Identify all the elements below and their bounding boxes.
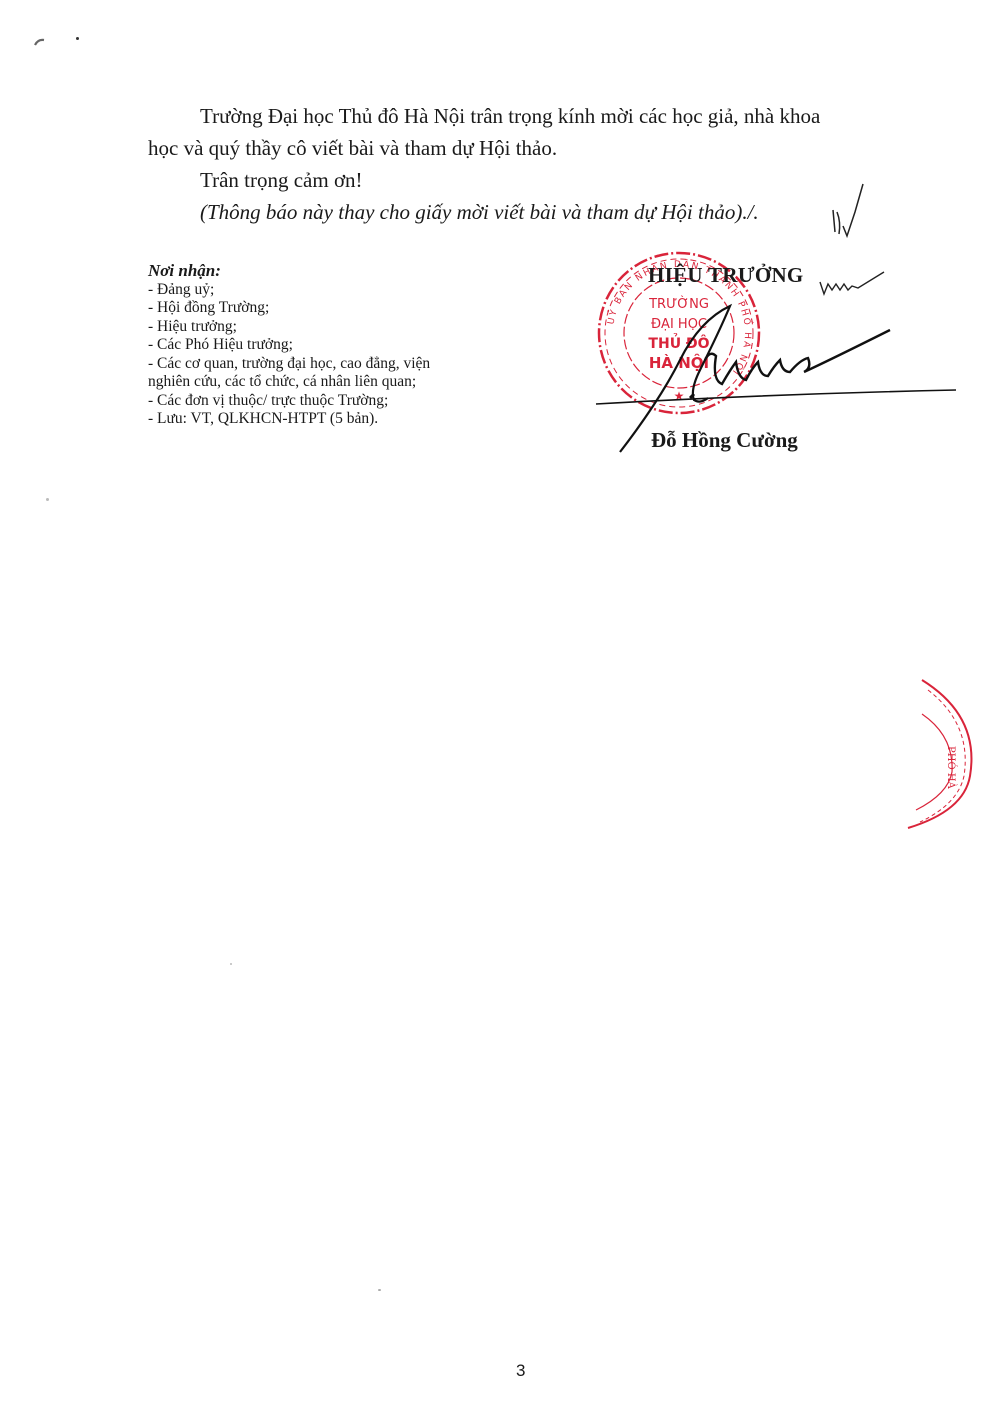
thanks-line: Trân trọng cảm ơn! <box>200 164 363 196</box>
recipient-item: - Hiệu trưởng; <box>148 318 430 337</box>
body-paragraph-line2: học và quý thầy cô viết bài và tham dự H… <box>148 132 557 164</box>
scan-speck <box>378 1289 381 1291</box>
signer-name: Đỗ Hồng Cường <box>651 428 798 453</box>
scan-speck <box>76 37 79 40</box>
signer-position: HIỆU TRƯỞNG <box>648 263 804 288</box>
scan-mark <box>34 34 44 42</box>
svg-text:PHÓ HÀ: PHÓ HÀ <box>945 746 957 790</box>
recipient-item: nghiên cứu, các tổ chức, cá nhân liên qu… <box>148 373 430 392</box>
body-paragraph-line1: Trường Đại học Thủ đô Hà Nội trân trọng … <box>200 100 820 132</box>
notice-note: (Thông báo này thay cho giấy mời viết bà… <box>200 196 759 228</box>
initials-mark <box>825 182 875 247</box>
recipient-item: - Các cơ quan, trường đại học, cao đẳng,… <box>148 355 430 374</box>
scan-speck <box>46 498 49 501</box>
recipient-item: - Các Phó Hiệu trưởng; <box>148 336 430 355</box>
page-number: 3 <box>516 1361 525 1381</box>
recipients-block: Nơi nhận: - Đảng uỷ; - Hội đồng Trường; … <box>148 262 430 429</box>
recipients-title: Nơi nhận: <box>148 262 430 281</box>
recipient-item: - Đảng uỷ; <box>148 281 430 300</box>
recipient-item: - Hội đồng Trường; <box>148 299 430 318</box>
edge-stamp: PHÓ HÀ <box>900 676 1000 831</box>
recipient-item: - Lưu: VT, QLKHCN-HTPT (5 bản). <box>148 410 430 429</box>
recipient-item: - Các đơn vị thuộc/ trực thuộc Trường; <box>148 392 430 411</box>
scan-speck <box>230 963 232 965</box>
